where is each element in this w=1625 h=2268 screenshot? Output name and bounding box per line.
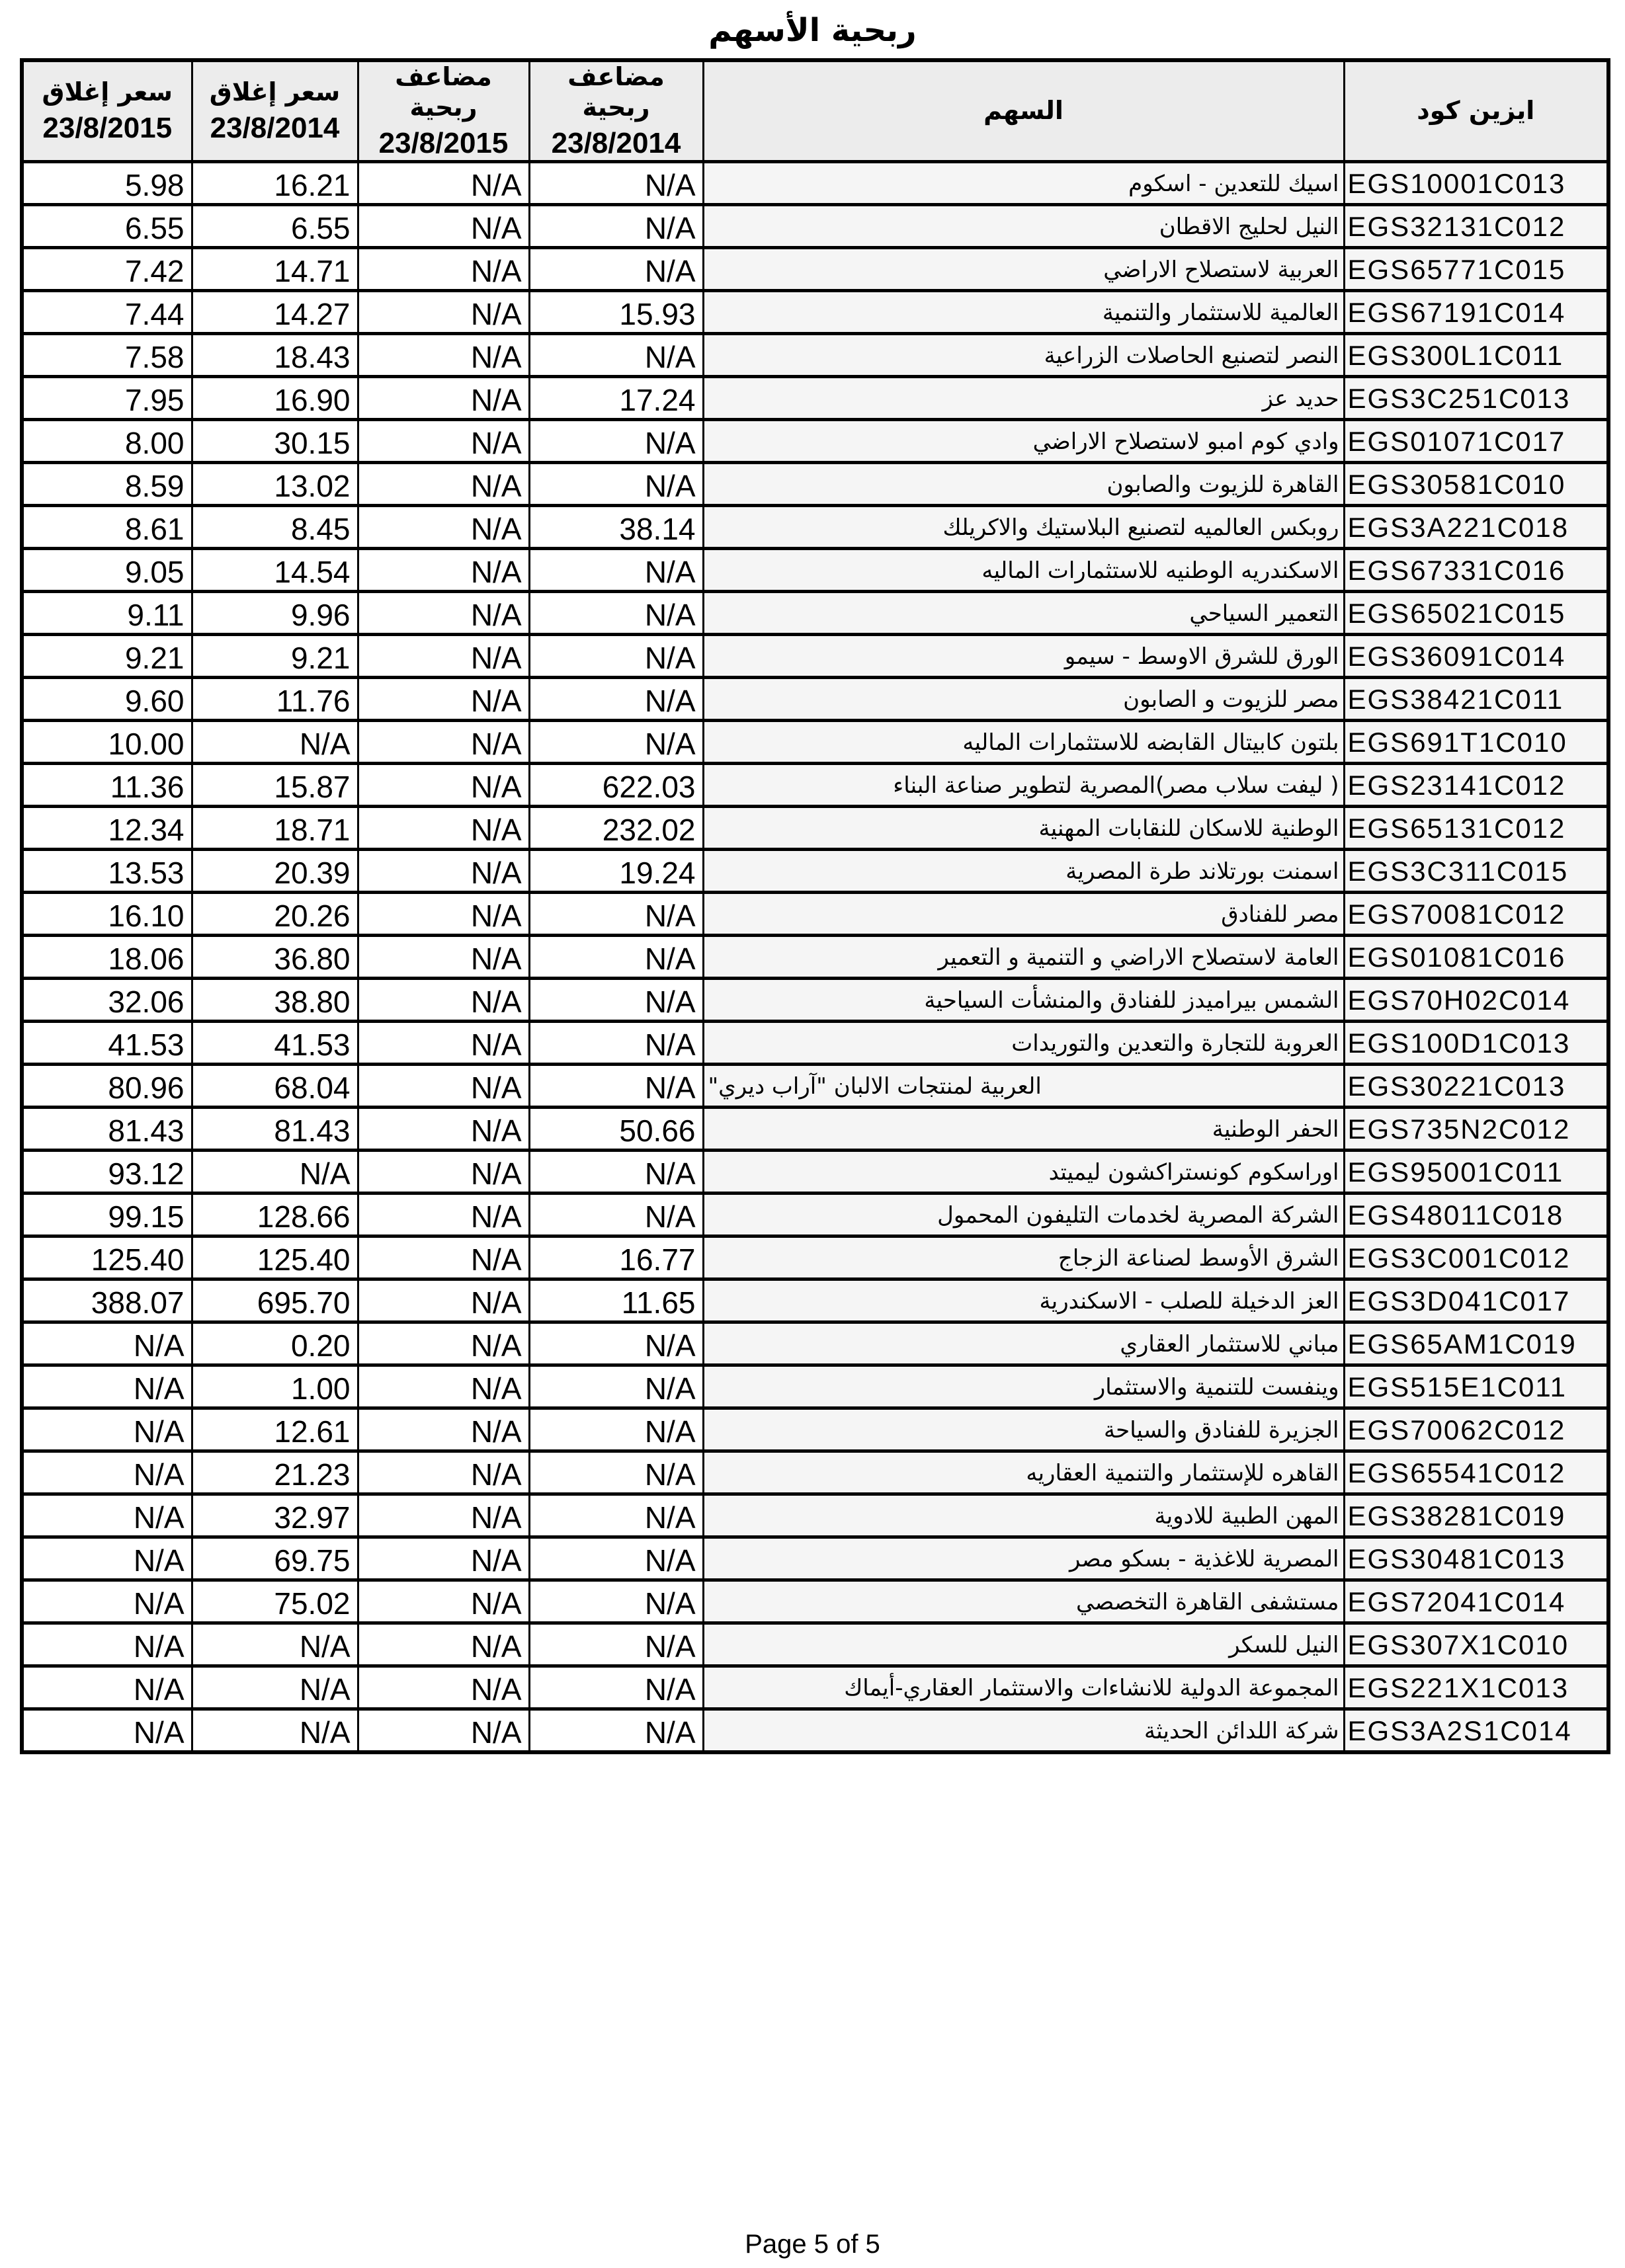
isin-code-cell: EGS300L1C011 [1344, 333, 1608, 376]
table-row: 13.53 20.39 N/A 19.24 اسمنت بورتلاند طرة… [22, 849, 1608, 892]
stock-name-cell: مباني للاستثمار العقاري [703, 1322, 1344, 1365]
close-price-2014-cell: 75.02 [192, 1580, 358, 1623]
close-price-2014-cell: 36.80 [192, 935, 358, 978]
pe-multiple-2014-cell: N/A [529, 677, 703, 720]
pe-multiple-2015-cell: N/A [358, 1537, 529, 1580]
isin-code-cell: EGS100D1C013 [1344, 1021, 1608, 1064]
stock-name-cell: العز الدخيلة للصلب - الاسكندرية [703, 1279, 1344, 1322]
isin-code-cell: EGS23141C012 [1344, 763, 1608, 806]
close-price-2014-cell: N/A [192, 720, 358, 763]
header-stock-name: السهم [703, 60, 1344, 161]
stock-name-cell: الحفر الوطنية [703, 1107, 1344, 1150]
pe-multiple-2015-cell: N/A [358, 1580, 529, 1623]
header-close-price-2014: سعر إغلاق 23/8/2014 [192, 60, 358, 161]
table-row: 7.58 18.43 N/A N/A النصر لتصنيع الحاصلات… [22, 333, 1608, 376]
pe-multiple-2014-cell: N/A [529, 247, 703, 290]
pe-multiple-2015-cell: N/A [358, 1322, 529, 1365]
pe-multiple-2014-cell: 11.65 [529, 1279, 703, 1322]
table-row: N/A 1.00 N/A N/A وينفست للتنمية والاستثم… [22, 1365, 1608, 1408]
isin-code-cell: EGS67191C014 [1344, 290, 1608, 333]
table-row: N/A 12.61 N/A N/A الجزيرة للفنادق والسيا… [22, 1408, 1608, 1451]
table-row: 6.55 6.55 N/A N/A النيل لحليج الاقطان EG… [22, 204, 1608, 247]
stock-name-cell: الشركة المصرية لخدمات التليفون المحمول [703, 1193, 1344, 1236]
pe-multiple-2014-cell: 17.24 [529, 376, 703, 419]
isin-code-cell: EGS3C251C013 [1344, 376, 1608, 419]
pe-multiple-2015-cell: N/A [358, 376, 529, 419]
stock-name-cell: العربية لمنتجات الالبان "آراب ديري" [703, 1064, 1344, 1107]
pe-multiple-2015-cell: N/A [358, 1236, 529, 1279]
header-row: سعر إغلاق 23/8/2015 سعر إغلاق 23/8/2014 … [22, 60, 1608, 161]
table-row: 80.96 68.04 N/A N/A العربية لمنتجات الال… [22, 1064, 1608, 1107]
close-price-2014-cell: 18.43 [192, 333, 358, 376]
close-price-2014-cell: 6.55 [192, 204, 358, 247]
pe-multiple-2015-cell: N/A [358, 849, 529, 892]
table-row: 9.21 9.21 N/A N/A الورق للشرق الاوسط - س… [22, 634, 1608, 677]
close-price-2014-cell: 30.15 [192, 419, 358, 462]
pe-multiple-2014-cell: N/A [529, 591, 703, 634]
close-price-2014-cell: 18.71 [192, 806, 358, 849]
close-price-2014-cell: 14.71 [192, 247, 358, 290]
isin-code-cell: EGS307X1C010 [1344, 1623, 1608, 1666]
pe-multiple-2015-cell: N/A [358, 1150, 529, 1193]
close-price-2015-cell: 8.61 [22, 505, 192, 548]
header-pe-multiple-2015-label: مضاعف ربحية [359, 62, 528, 122]
stock-name-cell: روبكس العالميه لتصنيع البلاستيك والاكريل… [703, 505, 1344, 548]
pe-multiple-2014-cell: N/A [529, 1666, 703, 1709]
close-price-2015-cell: 7.58 [22, 333, 192, 376]
close-price-2015-cell: 125.40 [22, 1236, 192, 1279]
close-price-2015-cell: N/A [22, 1666, 192, 1709]
header-isin-code: ايزين كود [1344, 60, 1608, 161]
pe-multiple-2014-cell: N/A [529, 204, 703, 247]
stock-name-cell: اوراسكوم كونستراكشون ليميتد [703, 1150, 1344, 1193]
close-price-2015-cell: 9.11 [22, 591, 192, 634]
close-price-2015-cell: 93.12 [22, 1150, 192, 1193]
pe-multiple-2014-cell: N/A [529, 1322, 703, 1365]
pe-multiple-2014-cell: N/A [529, 892, 703, 935]
close-price-2014-cell: 14.54 [192, 548, 358, 591]
close-price-2015-cell: 9.05 [22, 548, 192, 591]
close-price-2014-cell: 20.39 [192, 849, 358, 892]
stock-name-cell: العربية لاستصلاح الاراضي [703, 247, 1344, 290]
isin-code-cell: EGS38281C019 [1344, 1494, 1608, 1537]
table-row: 8.59 13.02 N/A N/A القاهرة للزيوت والصاب… [22, 462, 1608, 505]
close-price-2014-cell: 11.76 [192, 677, 358, 720]
header-pe-multiple-2014-label: مضاعف ربحية [530, 62, 702, 122]
close-price-2015-cell: N/A [22, 1494, 192, 1537]
stock-name-cell: الشمس بيراميدز للفنادق والمنشأت السياحية [703, 978, 1344, 1021]
stock-name-cell: المصرية للاغذية - بسكو مصر [703, 1537, 1344, 1580]
close-price-2014-cell: 12.61 [192, 1408, 358, 1451]
close-price-2014-cell: 20.26 [192, 892, 358, 935]
stock-name-cell: القاهرة للزيوت والصابون [703, 462, 1344, 505]
pe-multiple-2015-cell: N/A [358, 1623, 529, 1666]
stock-name-cell: مصر للفنادق [703, 892, 1344, 935]
close-price-2015-cell: 9.60 [22, 677, 192, 720]
isin-code-cell: EGS735N2C012 [1344, 1107, 1608, 1150]
table-row: 41.53 41.53 N/A N/A العروبة للتجارة والت… [22, 1021, 1608, 1064]
stock-name-cell: اسمنت بورتلاند طرة المصرية [703, 849, 1344, 892]
pe-multiple-2015-cell: N/A [358, 505, 529, 548]
close-price-2015-cell: 7.42 [22, 247, 192, 290]
close-price-2014-cell: 128.66 [192, 1193, 358, 1236]
stock-name-cell: الوطنية للاسكان للنقابات المهنية [703, 806, 1344, 849]
table-row: 18.06 36.80 N/A N/A العامة لاستصلاح الار… [22, 935, 1608, 978]
pe-multiple-2015-cell: N/A [358, 548, 529, 591]
table-row: 99.15 128.66 N/A N/A الشركة المصرية لخدم… [22, 1193, 1608, 1236]
table-row: N/A N/A N/A N/A شركة اللدائن الحديثة EGS… [22, 1709, 1608, 1752]
stock-name-cell: حديد عز [703, 376, 1344, 419]
stock-name-cell: مستشفى القاهرة التخصصي [703, 1580, 1344, 1623]
stock-name-cell: المهن الطبية للادوية [703, 1494, 1344, 1537]
header-pe-multiple-2014: مضاعف ربحية 23/8/2014 [529, 60, 703, 161]
pe-multiple-2015-cell: N/A [358, 1021, 529, 1064]
table-row: N/A 32.97 N/A N/A المهن الطبية للادوية E… [22, 1494, 1608, 1537]
isin-code-cell: EGS65021C015 [1344, 591, 1608, 634]
stock-name-cell: الورق للشرق الاوسط - سيمو [703, 634, 1344, 677]
pe-multiple-2014-cell: N/A [529, 1580, 703, 1623]
close-price-2015-cell: 8.59 [22, 462, 192, 505]
pe-multiple-2014-cell: N/A [529, 1021, 703, 1064]
isin-code-cell: EGS65771C015 [1344, 247, 1608, 290]
close-price-2014-cell: 21.23 [192, 1451, 358, 1494]
close-price-2015-cell: 41.53 [22, 1021, 192, 1064]
isin-code-cell: EGS67331C016 [1344, 548, 1608, 591]
stock-profitability-table: سعر إغلاق 23/8/2015 سعر إغلاق 23/8/2014 … [20, 58, 1610, 1754]
pe-multiple-2015-cell: N/A [358, 591, 529, 634]
isin-code-cell: EGS30581C010 [1344, 462, 1608, 505]
pe-multiple-2014-cell: N/A [529, 1709, 703, 1752]
pe-multiple-2015-cell: N/A [358, 1451, 529, 1494]
table-row: 9.05 14.54 N/A N/A الاسكندريه الوطنيه لل… [22, 548, 1608, 591]
pe-multiple-2015-cell: N/A [358, 462, 529, 505]
pe-multiple-2014-cell: N/A [529, 161, 703, 204]
pe-multiple-2015-cell: N/A [358, 1494, 529, 1537]
close-price-2015-cell: N/A [22, 1709, 192, 1752]
isin-code-cell: EGS01081C016 [1344, 935, 1608, 978]
close-price-2014-cell: 41.53 [192, 1021, 358, 1064]
table-row: 9.11 9.96 N/A N/A التعمير السياحي EGS650… [22, 591, 1608, 634]
stock-name-cell: المجموعة الدولية للانشاءات والاستثمار ال… [703, 1666, 1344, 1709]
pe-multiple-2015-cell: N/A [358, 634, 529, 677]
close-price-2015-cell: 10.00 [22, 720, 192, 763]
table-row: N/A 69.75 N/A N/A المصرية للاغذية - بسكو… [22, 1537, 1608, 1580]
close-price-2014-cell: N/A [192, 1666, 358, 1709]
pe-multiple-2015-cell: N/A [358, 978, 529, 1021]
isin-code-cell: EGS48011C018 [1344, 1193, 1608, 1236]
close-price-2014-cell: 15.87 [192, 763, 358, 806]
isin-code-cell: EGS3D041C017 [1344, 1279, 1608, 1322]
close-price-2014-cell: 16.90 [192, 376, 358, 419]
table-row: 81.43 81.43 N/A 50.66 الحفر الوطنية EGS7… [22, 1107, 1608, 1150]
close-price-2015-cell: N/A [22, 1451, 192, 1494]
pe-multiple-2014-cell: N/A [529, 1494, 703, 1537]
isin-code-cell: EGS32131C012 [1344, 204, 1608, 247]
pe-multiple-2015-cell: N/A [358, 1408, 529, 1451]
isin-code-cell: EGS691T1C010 [1344, 720, 1608, 763]
pe-multiple-2014-cell: N/A [529, 1064, 703, 1107]
table-row: 11.36 15.87 N/A 622.03 ( ليفت سلاب مصر)ا… [22, 763, 1608, 806]
close-price-2015-cell: 5.98 [22, 161, 192, 204]
pe-multiple-2014-cell: 38.14 [529, 505, 703, 548]
pe-multiple-2014-cell: N/A [529, 1623, 703, 1666]
stock-name-cell: النصر لتصنيع الحاصلات الزراعية [703, 333, 1344, 376]
pe-multiple-2015-cell: N/A [358, 1064, 529, 1107]
stock-name-cell: الاسكندريه الوطنيه للاستثمارات الماليه [703, 548, 1344, 591]
stock-name-cell: بلتون كابيتال القابضه للاستثمارات المالي… [703, 720, 1344, 763]
close-price-2014-cell: 13.02 [192, 462, 358, 505]
pe-multiple-2014-cell: 15.93 [529, 290, 703, 333]
pe-multiple-2015-cell: N/A [358, 419, 529, 462]
pe-multiple-2015-cell: N/A [358, 1365, 529, 1408]
isin-code-cell: EGS70H02C014 [1344, 978, 1608, 1021]
close-price-2015-cell: N/A [22, 1408, 192, 1451]
table-row: 7.42 14.71 N/A N/A العربية لاستصلاح الار… [22, 247, 1608, 290]
pe-multiple-2015-cell: N/A [358, 333, 529, 376]
header-close-price-2015: سعر إغلاق 23/8/2015 [22, 60, 192, 161]
isin-code-cell: EGS10001C013 [1344, 161, 1608, 204]
close-price-2015-cell: 80.96 [22, 1064, 192, 1107]
close-price-2014-cell: N/A [192, 1709, 358, 1752]
close-price-2015-cell: 32.06 [22, 978, 192, 1021]
close-price-2015-cell: 13.53 [22, 849, 192, 892]
header-pe-multiple-2015-date: 23/8/2015 [359, 128, 528, 159]
pe-multiple-2014-cell: N/A [529, 1365, 703, 1408]
isin-code-cell: EGS72041C014 [1344, 1580, 1608, 1623]
pe-multiple-2015-cell: N/A [358, 1666, 529, 1709]
isin-code-cell: EGS3C001C012 [1344, 1236, 1608, 1279]
stock-name-cell: مصر للزيوت و الصابون [703, 677, 1344, 720]
pe-multiple-2015-cell: N/A [358, 806, 529, 849]
pe-multiple-2014-cell: N/A [529, 1150, 703, 1193]
close-price-2015-cell: N/A [22, 1580, 192, 1623]
header-close-price-2015-date: 23/8/2015 [24, 112, 191, 144]
pe-multiple-2015-cell: N/A [358, 204, 529, 247]
pe-multiple-2014-cell: N/A [529, 462, 703, 505]
isin-code-cell: EGS70081C012 [1344, 892, 1608, 935]
pe-multiple-2015-cell: N/A [358, 1279, 529, 1322]
table-row: N/A 0.20 N/A N/A مباني للاستثمار العقاري… [22, 1322, 1608, 1365]
pe-multiple-2014-cell: 50.66 [529, 1107, 703, 1150]
isin-code-cell: EGS3A221C018 [1344, 505, 1608, 548]
close-price-2015-cell: 12.34 [22, 806, 192, 849]
pe-multiple-2014-cell: 16.77 [529, 1236, 703, 1279]
close-price-2014-cell: 8.45 [192, 505, 358, 548]
table-row: 10.00 N/A N/A N/A بلتون كابيتال القابضه … [22, 720, 1608, 763]
table-row: 93.12 N/A N/A N/A اوراسكوم كونستراكشون ل… [22, 1150, 1608, 1193]
header-stock-name-label: السهم [704, 96, 1343, 126]
isin-code-cell: EGS38421C011 [1344, 677, 1608, 720]
pe-multiple-2014-cell: N/A [529, 1451, 703, 1494]
close-price-2014-cell: 1.00 [192, 1365, 358, 1408]
pe-multiple-2014-cell: N/A [529, 935, 703, 978]
pe-multiple-2015-cell: N/A [358, 892, 529, 935]
table-row: N/A 75.02 N/A N/A مستشفى القاهرة التخصصي… [22, 1580, 1608, 1623]
close-price-2015-cell: 18.06 [22, 935, 192, 978]
close-price-2014-cell: 9.21 [192, 634, 358, 677]
pe-multiple-2015-cell: N/A [358, 1709, 529, 1752]
close-price-2015-cell: 6.55 [22, 204, 192, 247]
close-price-2014-cell: N/A [192, 1623, 358, 1666]
header-close-price-2015-label: سعر إغلاق [24, 77, 191, 108]
table-row: 8.00 30.15 N/A N/A وادي كوم امبو لاستصلا… [22, 419, 1608, 462]
header-close-price-2014-date: 23/8/2014 [193, 112, 357, 144]
header-pe-multiple-2015: مضاعف ربحية 23/8/2015 [358, 60, 529, 161]
pe-multiple-2015-cell: N/A [358, 935, 529, 978]
stock-name-cell: النيل لحليج الاقطان [703, 204, 1344, 247]
stock-name-cell: العامة لاستصلاح الاراضي و التنمية و التع… [703, 935, 1344, 978]
stock-name-cell: العروبة للتجارة والتعدين والتوريدات [703, 1021, 1344, 1064]
pe-multiple-2014-cell: N/A [529, 1537, 703, 1580]
pe-multiple-2014-cell: N/A [529, 978, 703, 1021]
pe-multiple-2014-cell: 622.03 [529, 763, 703, 806]
table-row: 7.44 14.27 N/A 15.93 العالمية للاستثمار … [22, 290, 1608, 333]
table-row: 388.07 695.70 N/A 11.65 العز الدخيلة للص… [22, 1279, 1608, 1322]
table-row: 8.61 8.45 N/A 38.14 روبكس العالميه لتصني… [22, 505, 1608, 548]
stock-name-cell: وينفست للتنمية والاستثمار [703, 1365, 1344, 1408]
pe-multiple-2014-cell: 232.02 [529, 806, 703, 849]
pe-multiple-2015-cell: N/A [358, 763, 529, 806]
isin-code-cell: EGS01071C017 [1344, 419, 1608, 462]
table-row: 5.98 16.21 N/A N/A اسيك للتعدين - اسكوم … [22, 161, 1608, 204]
close-price-2014-cell: 125.40 [192, 1236, 358, 1279]
isin-code-cell: EGS36091C014 [1344, 634, 1608, 677]
isin-code-cell: EGS70062C012 [1344, 1408, 1608, 1451]
pe-multiple-2015-cell: N/A [358, 1107, 529, 1150]
stock-name-cell: وادي كوم امبو لاستصلاح الاراضي [703, 419, 1344, 462]
isin-code-cell: EGS30221C013 [1344, 1064, 1608, 1107]
stock-name-cell: التعمير السياحي [703, 591, 1344, 634]
page-title: ربحية الأسهم [0, 4, 1625, 57]
table-row: 32.06 38.80 N/A N/A الشمس بيراميدز للفنا… [22, 978, 1608, 1021]
close-price-2014-cell: 9.96 [192, 591, 358, 634]
pe-multiple-2015-cell: N/A [358, 720, 529, 763]
pe-multiple-2014-cell: N/A [529, 1193, 703, 1236]
isin-code-cell: EGS3C311C015 [1344, 849, 1608, 892]
pe-multiple-2014-cell: N/A [529, 548, 703, 591]
pe-multiple-2014-cell: N/A [529, 333, 703, 376]
close-price-2014-cell: 68.04 [192, 1064, 358, 1107]
table-row: 12.34 18.71 N/A 232.02 الوطنية للاسكان ل… [22, 806, 1608, 849]
isin-code-cell: EGS65AM1C019 [1344, 1322, 1608, 1365]
isin-code-cell: EGS221X1C013 [1344, 1666, 1608, 1709]
pe-multiple-2015-cell: N/A [358, 290, 529, 333]
stock-name-cell: القاهره للإستثمار والتنمية العقاريه [703, 1451, 1344, 1494]
isin-code-cell: EGS65541C012 [1344, 1451, 1608, 1494]
close-price-2014-cell: 32.97 [192, 1494, 358, 1537]
close-price-2014-cell: 695.70 [192, 1279, 358, 1322]
close-price-2014-cell: 16.21 [192, 161, 358, 204]
header-isin-code-label: ايزين كود [1345, 96, 1607, 126]
pe-multiple-2015-cell: N/A [358, 161, 529, 204]
close-price-2015-cell: 81.43 [22, 1107, 192, 1150]
stock-name-cell: النيل للسكر [703, 1623, 1344, 1666]
pe-multiple-2015-cell: N/A [358, 677, 529, 720]
stock-name-cell: العالمية للاستثمار والتنمية [703, 290, 1344, 333]
pe-multiple-2014-cell: N/A [529, 1408, 703, 1451]
close-price-2015-cell: N/A [22, 1623, 192, 1666]
table-row: 16.10 20.26 N/A N/A مصر للفنادق EGS70081… [22, 892, 1608, 935]
close-price-2015-cell: 7.95 [22, 376, 192, 419]
close-price-2015-cell: 9.21 [22, 634, 192, 677]
close-price-2015-cell: 7.44 [22, 290, 192, 333]
close-price-2015-cell: 16.10 [22, 892, 192, 935]
close-price-2015-cell: 11.36 [22, 763, 192, 806]
table-row: 9.60 11.76 N/A N/A مصر للزيوت و الصابون … [22, 677, 1608, 720]
close-price-2014-cell: 14.27 [192, 290, 358, 333]
table-row: 7.95 16.90 N/A 17.24 حديد عز EGS3C251C01… [22, 376, 1608, 419]
close-price-2015-cell: N/A [22, 1322, 192, 1365]
table-row: 125.40 125.40 N/A 16.77 الشرق الأوسط لصن… [22, 1236, 1608, 1279]
close-price-2015-cell: 8.00 [22, 419, 192, 462]
pe-multiple-2015-cell: N/A [358, 1193, 529, 1236]
pe-multiple-2014-cell: N/A [529, 720, 703, 763]
close-price-2014-cell: 0.20 [192, 1322, 358, 1365]
header-pe-multiple-2014-date: 23/8/2014 [530, 128, 702, 159]
isin-code-cell: EGS3A2S1C014 [1344, 1709, 1608, 1752]
close-price-2014-cell: N/A [192, 1150, 358, 1193]
isin-code-cell: EGS30481C013 [1344, 1537, 1608, 1580]
close-price-2015-cell: N/A [22, 1537, 192, 1580]
isin-code-cell: EGS65131C012 [1344, 806, 1608, 849]
table-row: N/A N/A N/A N/A المجموعة الدولية للانشاء… [22, 1666, 1608, 1709]
stock-name-cell: اسيك للتعدين - اسكوم [703, 161, 1344, 204]
close-price-2015-cell: 388.07 [22, 1279, 192, 1322]
isin-code-cell: EGS95001C011 [1344, 1150, 1608, 1193]
stock-name-cell: الشرق الأوسط لصناعة الزجاج [703, 1236, 1344, 1279]
table-row: N/A N/A N/A N/A النيل للسكر EGS307X1C010 [22, 1623, 1608, 1666]
pe-multiple-2014-cell: N/A [529, 419, 703, 462]
close-price-2014-cell: 81.43 [192, 1107, 358, 1150]
pe-multiple-2014-cell: N/A [529, 634, 703, 677]
header-close-price-2014-label: سعر إغلاق [193, 77, 357, 108]
stock-name-cell: ( ليفت سلاب مصر)المصرية لتطوير صناعة الب… [703, 763, 1344, 806]
stock-name-cell: الجزيرة للفنادق والسياحة [703, 1408, 1344, 1451]
isin-code-cell: EGS515E1C011 [1344, 1365, 1608, 1408]
stock-name-cell: شركة اللدائن الحديثة [703, 1709, 1344, 1752]
pe-multiple-2014-cell: 19.24 [529, 849, 703, 892]
close-price-2015-cell: N/A [22, 1365, 192, 1408]
close-price-2014-cell: 38.80 [192, 978, 358, 1021]
pe-multiple-2015-cell: N/A [358, 247, 529, 290]
close-price-2014-cell: 69.75 [192, 1537, 358, 1580]
table-row: N/A 21.23 N/A N/A القاهره للإستثمار والت… [22, 1451, 1608, 1494]
close-price-2015-cell: 99.15 [22, 1193, 192, 1236]
page-number: Page 5 of 5 [0, 2230, 1625, 2259]
